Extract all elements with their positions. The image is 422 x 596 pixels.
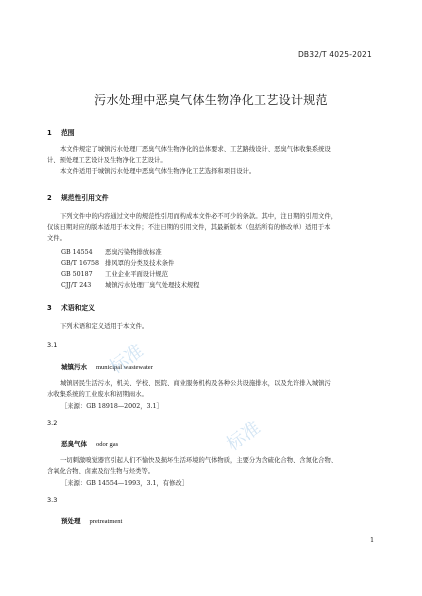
term-source: ［来源：GB 14554—1993，3.1，有修改］ [61,478,188,487]
ref-code: CJJ/T 243 [61,282,103,289]
section-number: 3 [47,304,61,312]
section-heading-scope: 1范围 [47,127,75,137]
term-name: 预处理pretreatment [61,516,122,525]
definition-line-1: 一切刺激嗅觉器官引起人们不愉快及损坏生活环境的气体物质，主要分为含硫化合物、含氮… [47,455,373,466]
section-title: 范围 [61,129,75,137]
ref-title: 恶臭污染物排放标准 [105,249,162,256]
document-title: 污水处理中恶臭气体生物净化工艺设计规范 [0,91,422,108]
definition-line-2: 水收集系统的工业废水和初期雨水。 [47,389,373,400]
ref-title: 排风罩的分类及技术条件 [105,260,174,267]
section-number: 1 [47,129,61,137]
section-title: 术语和定义 [61,304,95,312]
section-heading-terms: 3术语和定义 [47,302,95,312]
term-name-en: pretreatment [90,518,123,525]
term-definition: 城镇居民生活污水，机关、学校、医院、商业服务机构及各种公共设施排水，以及允许排入… [47,378,373,400]
normative-refs-intro: 下列文件中的内容通过文中的规范性引用而构成本文件必不可少的条款。其中，注日期的引… [47,211,373,244]
term-name-zh: 预处理 [61,517,81,525]
scope-paragraph: 本文件规定了城镇污水处理厂恶臭气体生物净化的总体要求、工艺路线设计、恶臭气体收集… [47,144,373,177]
document-code: DB32/T 4025-2021 [298,50,372,59]
intro-line-1: 下列文件中的内容通过文中的规范性引用而构成本文件必不可少的条款。其中，注日期的引… [47,211,373,222]
ref-title: 工业企业平面设计规范 [105,271,168,278]
section-number: 2 [47,194,61,202]
term-name: 城镇污水municipal wastewater [61,362,153,371]
term-definition: 一切刺激嗅觉器官引起人们不愉快及损坏生活环境的气体物质，主要分为含硫化合物、含氮… [47,455,373,477]
term-name-en: odor gas [96,441,118,448]
definition-line-2: 含氧化合物、卤素及衍生物与烃类等。 [47,466,373,477]
watermark: 标准 [104,337,148,379]
term-number: 3.3 [47,496,57,504]
definition-line-1: 城镇居民生活污水，机关、学校、医院、商业服务机构及各种公共设施排水，以及允许排入… [47,378,373,389]
scope-line-2: 计、预处理工艺设计及生物净化工艺设计。 [47,155,373,166]
reference-item: GB 14554 恶臭污染物排放标准 [61,247,162,256]
scope-line-3: 本文件适用于城镇污水处理中恶臭气体生物净化工艺选择和项目设计。 [47,166,373,177]
ref-code: GB 50187 [61,271,103,278]
terms-intro-line: 下列术语和定义适用于本文件。 [47,321,373,332]
terms-intro: 下列术语和定义适用于本文件。 [47,321,373,332]
term-number: 3.2 [47,419,57,427]
page-number: 1 [370,536,374,544]
intro-line-2: 仅该日期对应的版本适用于本文件；不注日期的引用文件，其最新版本（包括所有的修改单… [47,222,373,233]
watermark: 标准 [221,414,265,456]
ref-code: GB/T 16758 [61,260,103,267]
term-name-zh: 恶臭气体 [61,440,87,448]
reference-item: GB/T 16758 排风罩的分类及技术条件 [61,258,174,267]
ref-title: 城镇污水处理厂臭气处理技术规程 [105,282,199,289]
reference-item: GB 50187 工业企业平面设计规范 [61,269,168,278]
term-name-en: municipal wastewater [96,364,153,371]
intro-line-3: 文件。 [47,233,373,244]
reference-item: CJJ/T 243 城镇污水处理厂臭气处理技术规程 [61,280,199,289]
term-number: 3.1 [47,341,57,349]
section-title: 规范性引用文件 [61,194,109,202]
scope-line-1: 本文件规定了城镇污水处理厂恶臭气体生物净化的总体要求、工艺路线设计、恶臭气体收集… [47,144,373,155]
ref-code: GB 14554 [61,249,103,256]
section-heading-normative-refs: 2规范性引用文件 [47,192,109,202]
term-name: 恶臭气体odor gas [61,439,118,448]
term-source: ［来源：GB 18918—2002，3.1］ [61,401,163,410]
term-name-zh: 城镇污水 [61,363,87,371]
